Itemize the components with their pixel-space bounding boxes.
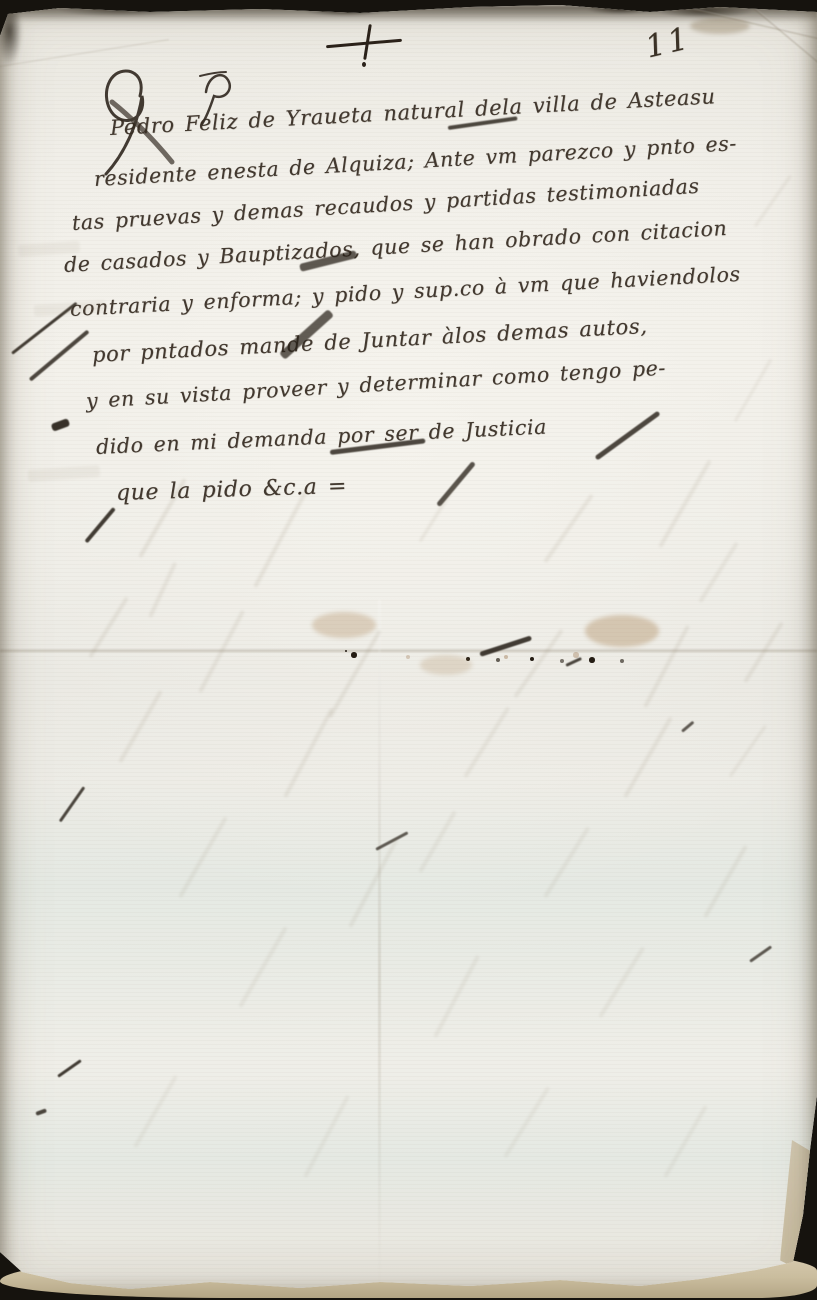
manuscript-line-7: y en su vista proveer y determinar como … — [85, 356, 666, 413]
faint-bleed-stroke — [348, 838, 398, 928]
faint-bleed-stroke — [238, 926, 287, 1008]
horizontal-fold-crease — [0, 648, 817, 653]
ink-showthrough-stroke — [436, 461, 476, 507]
faint-bleed-stroke — [734, 358, 773, 422]
faint-bleed-stroke — [703, 845, 747, 918]
faint-bleed-stroke — [513, 629, 563, 698]
manuscript-line-6: por pntados mande de Juntar àlos demas a… — [91, 314, 648, 367]
rust-stain — [312, 612, 376, 638]
faint-bleed-stroke — [28, 465, 101, 482]
faint-bleed-stroke — [754, 175, 792, 228]
faint-bleed-stroke — [698, 542, 738, 603]
ink-showthrough-stroke — [51, 418, 71, 432]
rust-stain — [585, 615, 659, 647]
paper-sheet: 11 Pedro Feliz de Yraueta natural dela v… — [0, 0, 817, 1300]
faint-bleed-stroke — [663, 1105, 707, 1178]
faint-bleed-stroke — [433, 955, 480, 1038]
ink-showthrough-stroke — [595, 411, 661, 461]
faint-bleed-stroke — [623, 716, 672, 798]
ink-specks-on-fold — [345, 650, 347, 652]
ink-showthrough-stroke — [59, 786, 86, 822]
faint-bleed-stroke — [729, 725, 767, 778]
top-left-corner-blotch — [0, 0, 22, 66]
faint-bleed-stroke — [118, 690, 162, 763]
cross-horizontal-stroke — [326, 39, 402, 49]
cross-ink-dot — [362, 62, 366, 67]
rust-stain — [420, 655, 472, 675]
faint-bleed-stroke — [328, 629, 381, 718]
faint-bleed-stroke — [133, 1075, 177, 1148]
faint-bleed-stroke — [658, 459, 711, 548]
ink-showthrough-stroke — [749, 945, 772, 962]
faint-bleed-stroke — [419, 481, 459, 542]
manuscript-line-8: dido en mi demanda por ser de Justicia — [95, 415, 547, 459]
faint-bleed-stroke — [543, 494, 593, 563]
faint-bleed-stroke — [598, 946, 645, 1018]
faint-bleed-stroke — [463, 706, 510, 778]
faint-bleed-stroke — [283, 708, 333, 798]
rust-stain — [690, 18, 750, 34]
faint-bleed-stroke — [503, 1086, 550, 1158]
faint-bleed-stroke — [303, 1095, 350, 1178]
vertical-fold-crease — [378, 600, 381, 1290]
manuscript-scan: 11 Pedro Feliz de Yraueta natural dela v… — [0, 0, 817, 1300]
manuscript-line-9: que la pido &c.a = — [116, 474, 348, 506]
ink-showthrough-stroke — [11, 302, 77, 355]
folio-number: 11 — [642, 20, 694, 65]
ink-showthrough-stroke — [35, 1108, 47, 1116]
faint-bleed-stroke — [178, 816, 227, 898]
ink-showthrough-stroke — [29, 330, 90, 382]
faint-bleed-stroke — [543, 826, 590, 898]
faint-bleed-stroke — [148, 562, 177, 618]
invocation-cross-mark — [326, 24, 406, 68]
ink-showthrough-stroke — [479, 635, 532, 656]
bottom-right-corner-fold — [780, 1140, 817, 1280]
faint-bleed-stroke — [418, 810, 456, 873]
ink-showthrough-stroke — [57, 1059, 82, 1078]
fold-crease-top-left — [0, 38, 169, 69]
ink-showthrough-stroke — [84, 507, 115, 543]
faint-bleed-stroke — [253, 489, 308, 588]
ink-showthrough-stroke — [565, 657, 582, 667]
ink-showthrough-stroke — [681, 721, 694, 733]
